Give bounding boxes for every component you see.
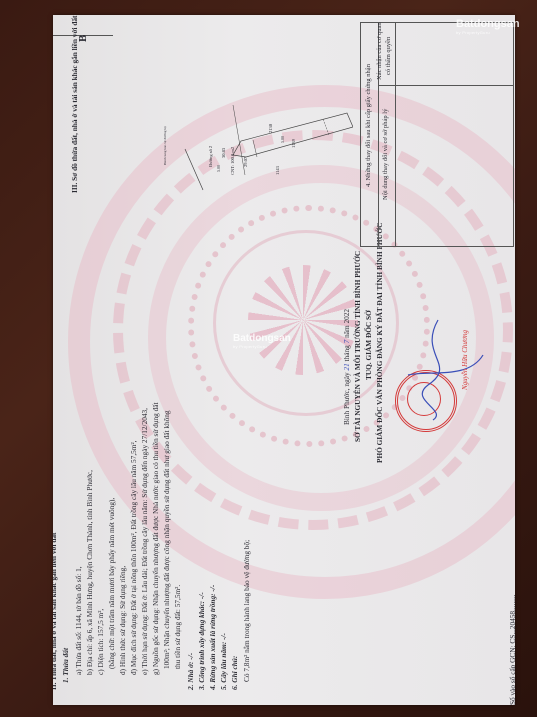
plot-area-label: CNT: 100.0 m2 [230,147,235,175]
item-perennial: 5. Cây lâu năm: -/- [219,633,229,690]
usage-purpose: đ) Mục đích sử dụng: Đất ở tại nông thôn… [129,440,139,675]
section4-title: 4. Những thay đổi sau khi cấp giấy chứng… [364,64,374,187]
plot-top-length: 30.83 [221,148,226,158]
certificate-page: B II. Thửa đất, nhà ở và tài sản khác gắ… [53,15,515,705]
origin-line2: 100m²; Nhận chuyển nhượng đất được công … [162,410,172,669]
date-day: 21 [342,363,351,370]
issuing-org: SỞ TÀI NGUYÊN VÀ MÔI TRƯỜNG TỈNH BÌNH PH… [353,251,363,442]
tuq-label: TUQ. GIÁM ĐỐC SỞ [364,310,374,380]
table-divider [378,85,513,86]
corridor-label: Hành lang bảo vệ đường bộ [163,126,167,165]
origin-line1: g) Nguồn gốc sử dụng: Nhận chuyển nhượng… [151,402,161,675]
section3-title: III. Sơ đồ thửa đất, nhà ở và tài sản kh… [70,16,80,193]
plot-right-side: 5.00 [280,136,285,143]
parcel-number: a) Thửa đất số: 1144, tờ bản đồ số: 1, [74,566,84,675]
usage-form: d) Hình thức sử dụng: Sử dụng riêng, [118,566,128,675]
parcel-address: b) Địa chỉ: ấp 6, xã Minh Hưng, huyện Ch… [85,470,95,675]
usage-term: e) Thời hạn sử dụng: Đất ở: Lâu dài; Đất… [140,408,150,675]
table-divider [395,23,396,246]
watermark-logo: Batdongsan by PropertyGuru [456,18,520,35]
neighbor-right: 1139 [291,139,296,148]
watermark-logo: Batdongsan by PropertyGuru [233,333,291,349]
parcel-area-words: (bằng chữ: một trăm năm mươi bảy phẩy nă… [107,498,117,669]
registry-number: Số vào sổ cấp GCN: CS...20458......... [508,595,515,705]
section2-sub1: 1. Thửa đất [61,648,71,683]
plot-side: 5.00 [216,165,221,172]
signer-name: Nguyễn Hữu Chương [461,330,469,390]
neighbor-top: 2130 [268,124,273,133]
date-month: 7 [342,340,351,344]
section2-title: II. Thửa đất, nhà ở và tài sản khác gắn … [53,533,59,691]
parcel-area: c) Diện tích: 157,5 m², [96,609,106,675]
col-content-header: Nội dung thay đổi và cơ sở pháp lý [381,109,391,200]
item-house: 2. Nhà ở: -/- [186,653,196,690]
item-other-works: 3. Công trình xây dựng khác: -/- [197,592,207,690]
note-text: Có 7,8m² nằm trong hành lang bảo vệ đườn… [242,540,252,682]
handwritten-signature [398,315,488,425]
plot-bottom-length: 29.07 [243,157,248,167]
signer-position: PHÓ GIÁM ĐỐC VĂN PHÒNG ĐĂNG KÝ ĐẤT ĐAI T… [375,223,385,463]
col-confirm-header-2: có thẩm quyền [384,37,394,75]
plot-sketch [123,95,353,195]
origin-line3: thu tiền sử dụng đất: 57,5m². [173,585,183,669]
item-note-label: 6. Ghi chú: [230,656,240,690]
road-label: Đường số 2 [208,146,213,167]
neighbor-bottom: 1143 [275,166,280,175]
place-date: Bình Phước, ngày 21 tháng 7 năm 2022 [342,309,352,425]
item-forest: 4. Rừng sản xuất là rừng trồng: -/- [208,585,218,690]
